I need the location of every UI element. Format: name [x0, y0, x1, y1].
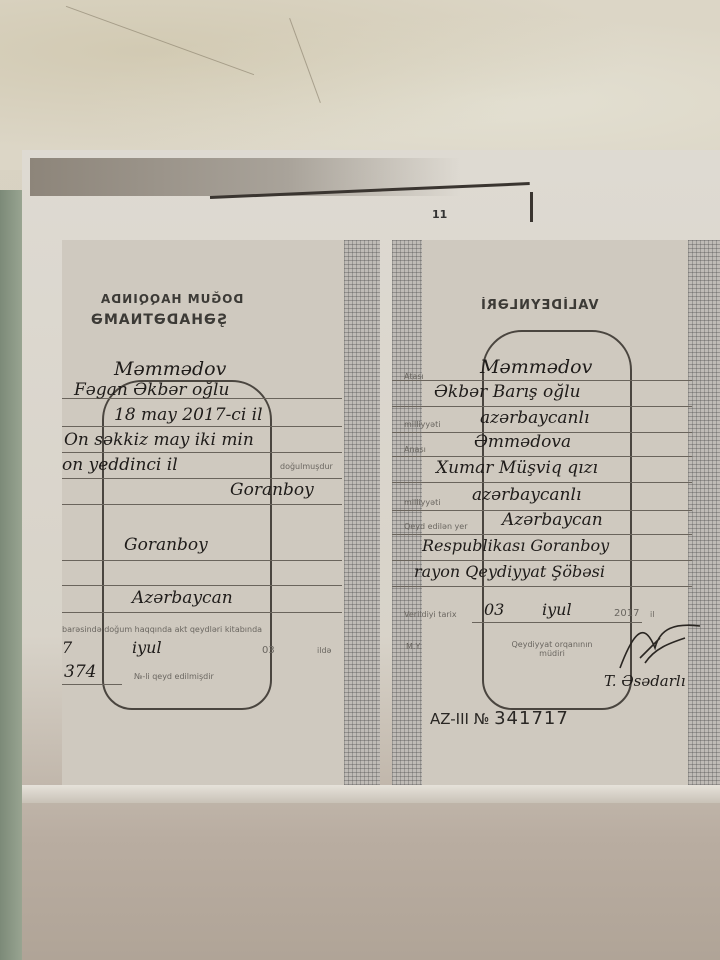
record-text: barəsində doğum haqqında akt qeydləri ki…	[62, 625, 262, 634]
registry-line3: rayon Qeydiyyat Şöbəsi	[414, 562, 605, 581]
label-registrar: Qeydiyyat orqanının müdiri	[502, 640, 602, 658]
label-nationality-father: milliyyəti	[404, 420, 440, 429]
signature-icon	[615, 618, 705, 678]
serial-prefix: AZ-III №	[430, 710, 489, 728]
form-line	[392, 560, 692, 561]
record-number-label: №-li qeyd edilmişdir	[134, 672, 214, 681]
form-line	[62, 426, 342, 427]
label-issued: Verildiyi tarix	[404, 610, 457, 619]
security-border	[344, 240, 380, 785]
form-line	[392, 586, 692, 587]
label-nationality-mother: milliyyəti	[404, 498, 440, 507]
form-line	[62, 452, 342, 453]
father-surname: Məmmədov	[480, 356, 592, 378]
registry-line1: Azərbaycan	[502, 510, 603, 530]
parents-title: VALİDEYNLƏRİ	[480, 298, 599, 313]
form-line	[62, 585, 342, 586]
form-line	[62, 684, 122, 685]
certificate-serial: AZ-III № 341717	[430, 708, 569, 729]
green-folder-edge	[0, 190, 22, 960]
father-nationality: azərbaycanlı	[480, 408, 589, 428]
issue-day: 03	[484, 600, 504, 619]
child-surname: Məmmədov	[114, 358, 226, 380]
label-registered: Qeyd edilən yer	[404, 522, 468, 531]
form-line	[62, 478, 342, 479]
issue-month: iyul	[542, 600, 572, 619]
birth-place: Goranboy	[230, 480, 314, 500]
registry-line2: Respublikası Goranboy	[422, 536, 609, 555]
form-line	[392, 534, 692, 535]
birth-date: 18 may 2017-ci il	[114, 405, 263, 425]
form-line	[392, 456, 692, 457]
certificate-right-page: VALİDEYNLƏRİ Atası Məmmədov Əkbər Barış …	[392, 240, 720, 785]
serial-number: 341717	[494, 708, 569, 729]
record-number: 374	[64, 662, 96, 682]
mother-surname: Əmmədova	[474, 432, 571, 452]
label-stamp-place: M.Y.	[406, 642, 421, 651]
mother-name: Xumar Müşviq qızı	[436, 458, 598, 478]
security-border	[688, 240, 720, 785]
record-year: 03	[262, 645, 275, 656]
certificate-left-page: DOĞUM HAQQINDA ŞƏHADƏTNAMƏ Məmmədov Fəga…	[62, 240, 380, 785]
label-mother: Anası	[404, 445, 426, 454]
form-line	[392, 380, 692, 381]
birth-region: Goranboy	[124, 535, 208, 555]
page-number: 11	[432, 208, 447, 221]
form-line	[62, 504, 342, 505]
security-border	[392, 240, 422, 785]
child-name-patronymic: Fəgan Əkbər oğlu	[74, 380, 229, 400]
birth-date-words-2: on yeddinci il	[62, 455, 178, 475]
paper-fold	[22, 785, 720, 803]
record-day: 7	[62, 638, 72, 657]
copy-frame-corner	[530, 192, 533, 222]
father-name: Əkbər Barış oğlu	[434, 382, 581, 402]
birth-date-words-1: On səkkiz may iki min	[64, 430, 254, 450]
certificate-title-line2: ŞƏHADƏTNAMƏ	[90, 312, 227, 328]
background-paper	[0, 0, 720, 170]
form-line	[62, 560, 342, 561]
record-year-label: ildə	[317, 646, 331, 655]
mother-nationality: azərbaycanlı	[472, 485, 581, 505]
form-line	[62, 612, 342, 613]
record-month: iyul	[132, 638, 162, 657]
form-line	[392, 482, 692, 483]
certificate-title-line1: DOĞUM HAQQINDA	[100, 292, 243, 306]
birth-country: Azərbaycan	[132, 588, 233, 608]
form-line	[392, 406, 692, 407]
label-born: doğulmuşdur	[280, 462, 333, 471]
